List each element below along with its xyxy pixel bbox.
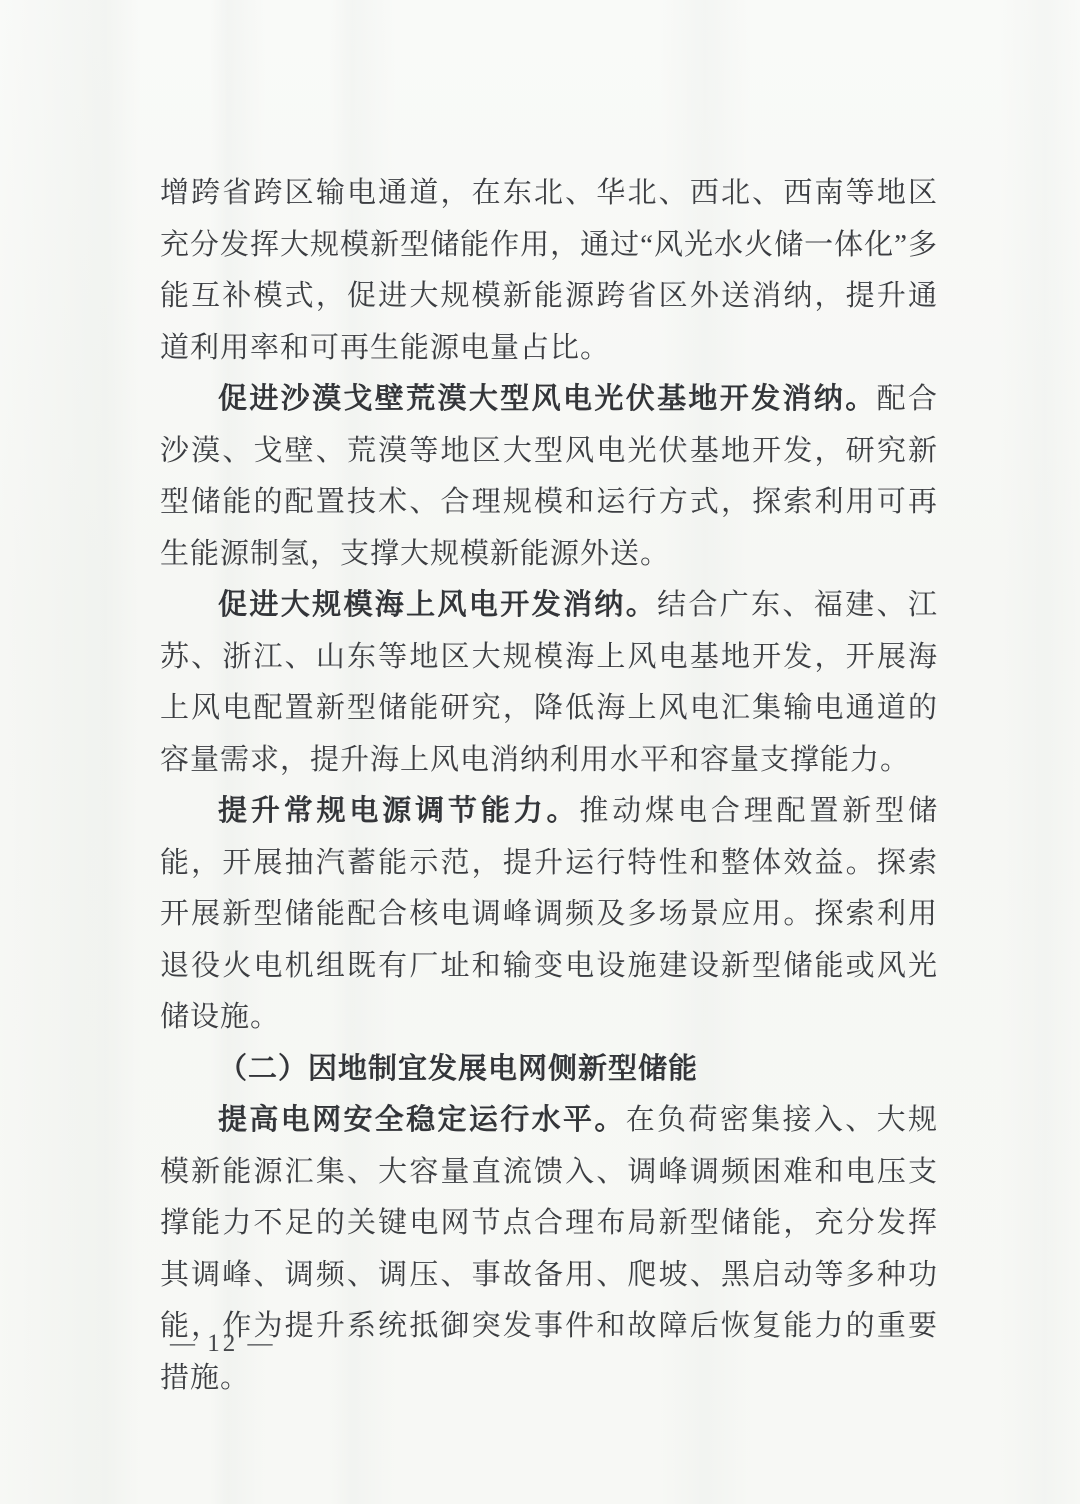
paragraph-body: 在负荷密集接入、大规模新能源汇集、大容量直流馈入、调峰调频困难和电压支撑能力不足… (160, 1104, 938, 1394)
paragraph-conventional-power-regulation: 提升常规电源调节能力。推动煤电合理配置新型储能，开展抽汽蓄能示范，提升运行特性和… (160, 786, 938, 1044)
paragraph-transmission-channels: 增跨省跨区输电通道，在东北、华北、西北、西南等地区充分发挥大规模新型储能作用，通… (160, 168, 938, 374)
section-heading-text: （二）因地制宜发展电网侧新型储能 (218, 1053, 698, 1085)
paragraph-grid-safety-stability: 提高电网安全稳定运行水平。在负荷密集接入、大规模新能源汇集、大容量直流馈入、调峰… (160, 1095, 938, 1404)
document-page: 增跨省跨区输电通道，在东北、华北、西北、西南等地区充分发挥大规模新型储能作用，通… (0, 0, 1080, 1504)
paragraph-lead: 提升常规电源调节能力。 (218, 795, 579, 827)
paragraph-body: 推动煤电合理配置新型储能，开展抽汽蓄能示范，提升运行特性和整体效益。探索开展新型… (160, 795, 938, 1033)
paragraph-lead: 提高电网安全稳定运行水平。 (218, 1104, 626, 1136)
section-heading-grid-side-storage: （二）因地制宜发展电网侧新型储能 (160, 1044, 938, 1096)
paragraph-lead: 促进沙漠戈壁荒漠大型风电光伏基地开发消纳。 (218, 383, 877, 415)
paragraph-lead: 促进大规模海上风电开发消纳。 (218, 589, 657, 621)
paragraph-offshore-wind: 促进大规模海上风电开发消纳。结合广东、福建、江苏、浙江、山东等地区大规模海上风电… (160, 580, 938, 786)
page-number: — 12 — (170, 1330, 276, 1358)
paragraph-body: 增跨省跨区输电通道，在东北、华北、西北、西南等地区充分发挥大规模新型储能作用，通… (160, 177, 938, 364)
document-body-text: 增跨省跨区输电通道，在东北、华北、西北、西南等地区充分发挥大规模新型储能作用，通… (160, 168, 938, 1404)
paragraph-desert-wind-solar-bases: 促进沙漠戈壁荒漠大型风电光伏基地开发消纳。配合沙漠、戈壁、荒漠等地区大型风电光伏… (160, 374, 938, 580)
